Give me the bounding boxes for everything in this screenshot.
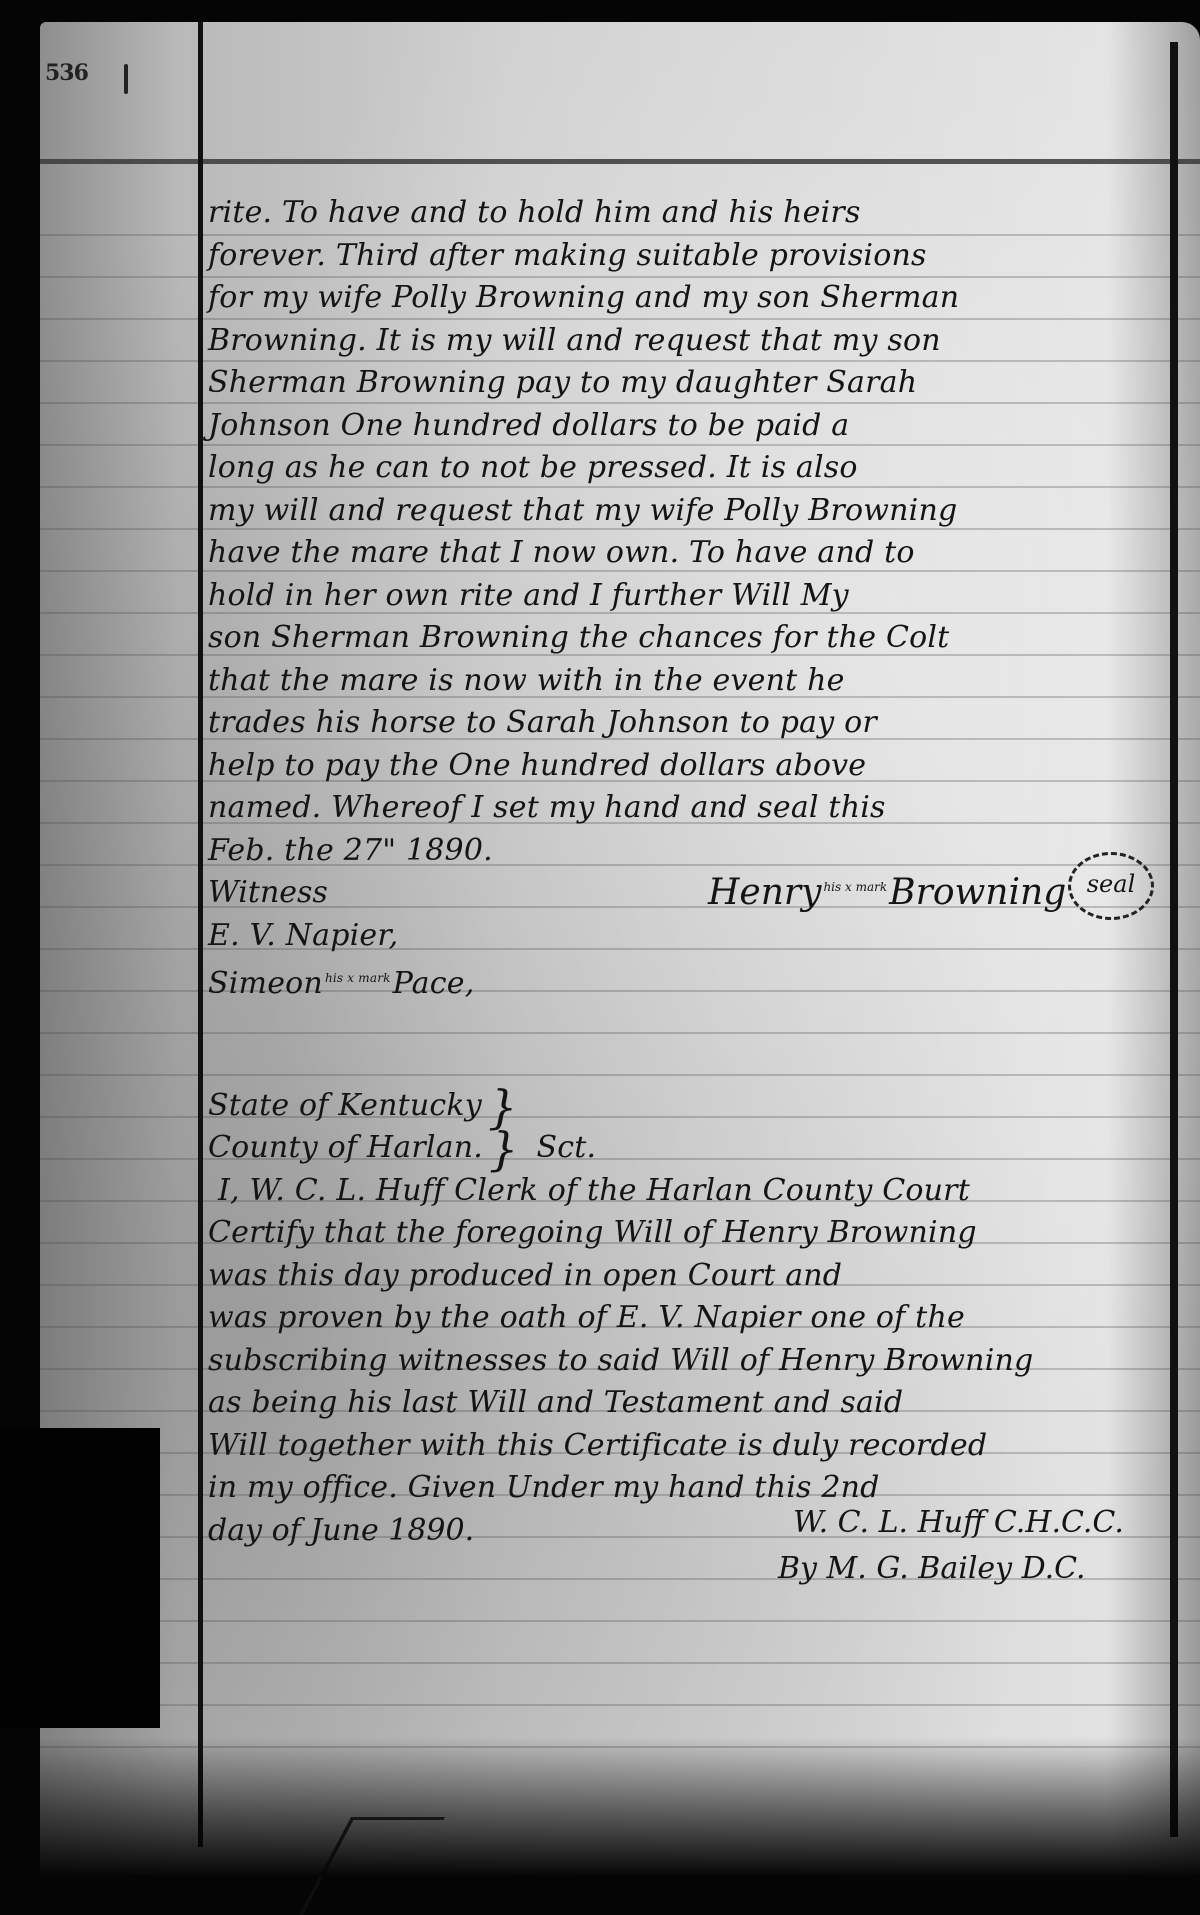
- header-rule: [40, 159, 1200, 164]
- text-line: Browning. It is my will and request that…: [208, 320, 1168, 363]
- mark-annotation: his x mark: [823, 880, 887, 894]
- ink-mark: [124, 64, 128, 94]
- venue-county: County of Harlan.}Sct.: [208, 1127, 1168, 1170]
- text-line: was proven by the oath of E. V. Napier o…: [208, 1297, 1168, 1340]
- document-scan: 536 rite. To have and to hold him and hi…: [0, 0, 1200, 1915]
- page-bottom-shadow: [40, 1737, 1200, 1877]
- text-line: as being his last Will and Testament and…: [208, 1382, 1168, 1425]
- text-line: trades his horse to Sarah Johnson to pay…: [208, 702, 1168, 745]
- blank-line: [208, 1042, 1168, 1085]
- text-line: I, W. C. L. Huff Clerk of the Harlan Cou…: [208, 1170, 1168, 1213]
- text-line: long as he can to not be pressed. It is …: [208, 447, 1168, 490]
- certificate-date: day of June 1890.: [208, 1510, 474, 1553]
- text-line: named. Whereof I set my hand and seal th…: [208, 787, 1168, 830]
- ledger-page: 536 rite. To have and to hold him and hi…: [40, 22, 1200, 1877]
- blank-line: [208, 1000, 1168, 1043]
- testator-signature: Henryhis x markBrowning: [708, 866, 1066, 915]
- seal-scroll: seal: [1068, 852, 1154, 920]
- text-line: help to pay the One hundred dollars abov…: [208, 745, 1168, 788]
- venue-state: State of Kentucky}: [208, 1085, 1168, 1128]
- deputy-signature: By M. G. Bailey D.C.: [778, 1548, 1086, 1591]
- witness-heading-row: Witness Henryhis x markBrowning seal: [208, 872, 1168, 915]
- handwritten-text: rite. To have and to hold him and his he…: [208, 192, 1168, 1595]
- text-line: my will and request that my wife Polly B…: [208, 490, 1168, 533]
- witness-heading: Witness: [208, 875, 328, 910]
- clerk-certificate: State of Kentucky} County of Harlan.}Sct…: [208, 1085, 1168, 1595]
- margin-black-block: [0, 1428, 160, 1728]
- text-line: forever. Third after making suitable pro…: [208, 235, 1168, 278]
- brace-icon: }: [489, 1134, 518, 1164]
- text-line: was this day produced in open Court and: [208, 1255, 1168, 1298]
- text-line: for my wife Polly Browning and my son Sh…: [208, 277, 1168, 320]
- witness-napier: E. V. Napier,: [208, 915, 1168, 958]
- text-line: rite. To have and to hold him and his he…: [208, 192, 1168, 235]
- text-line: Certify that the foregoing Will of Henry…: [208, 1212, 1168, 1255]
- right-margin-rule: [1170, 42, 1178, 1837]
- witness-pace: Simeonhis x markPace,: [208, 957, 1168, 1000]
- clerk-signature: W. C. L. Huff C.H.C.C.: [793, 1502, 1124, 1545]
- text-line: subscribing witnesses to said Will of He…: [208, 1340, 1168, 1383]
- text-line: Johnson One hundred dollars to be paid a: [208, 405, 1168, 448]
- text-line: Will together with this Certificate is d…: [208, 1425, 1168, 1468]
- text-line: have the mare that I now own. To have an…: [208, 532, 1168, 575]
- date-and-clerk-row: day of June 1890. W. C. L. Huff C.H.C.C.: [208, 1510, 1168, 1553]
- text-line: son Sherman Browning the chances for the…: [208, 617, 1168, 660]
- text-line: Sherman Browning pay to my daughter Sara…: [208, 362, 1168, 405]
- will-body: rite. To have and to hold him and his he…: [208, 192, 1168, 872]
- brace-icon: }: [488, 1092, 517, 1122]
- text-line: hold in her own rite and I further Will …: [208, 575, 1168, 618]
- mark-annotation: his x mark: [325, 971, 391, 985]
- text-line: that the mare is now with in the event h…: [208, 660, 1168, 703]
- margin-rule: [198, 22, 203, 1847]
- page-number: 536: [45, 60, 88, 86]
- deputy-row: By M. G. Bailey D.C.: [208, 1552, 1168, 1595]
